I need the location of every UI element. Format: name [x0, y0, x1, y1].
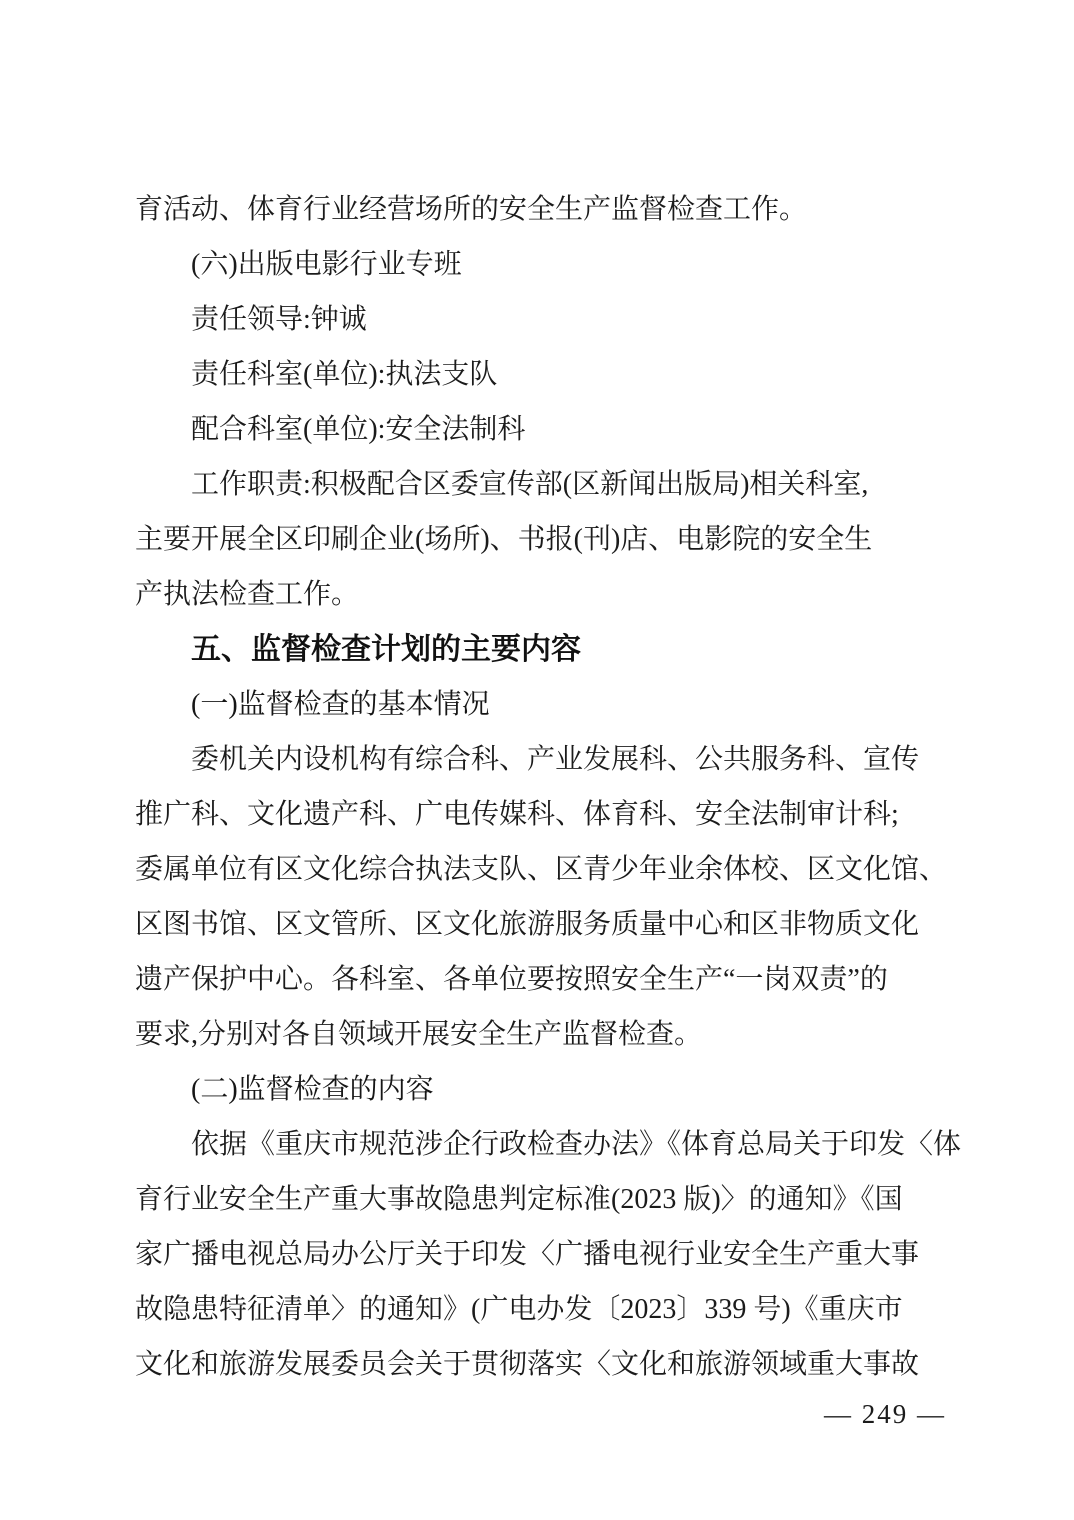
org-structure-line-3: 委属单位有区文化综合执法支队、区青少年业余体校、区文化馆、 [135, 842, 947, 897]
subsection-2-heading: (二)监督检查的内容 [135, 1062, 947, 1117]
subsection-1-heading: (一)监督检查的基本情况 [135, 677, 947, 732]
org-structure-line-4: 区图书馆、区文管所、区文化旅游服务质量中心和区非物质文化 [135, 897, 947, 952]
org-structure-line-1: 委机关内设机构有综合科、产业发展科、公共服务科、宣传 [135, 732, 947, 787]
duties-line-1: 工作职责:积极配合区委宣传部(区新闻出版局)相关科室, [135, 457, 947, 512]
duties-line-3: 产执法检查工作。 [135, 567, 947, 622]
org-structure-line-5: 遗产保护中心。各科室、各单位要按照安全生产“一岗双责”的 [135, 952, 947, 1007]
duties-line-2: 主要开展全区印刷企业(场所)、书报(刊)店、电影院的安全生 [135, 512, 947, 567]
cooperating-office-line: 配合科室(单位):安全法制科 [135, 402, 947, 457]
inspection-basis-line-4: 故隐患特征清单〉的通知》(广电办发〔2023〕339 号)《重庆市 [135, 1282, 947, 1337]
responsible-office-line: 责任科室(单位):执法支队 [135, 347, 947, 402]
org-structure-line-6: 要求,分别对各自领域开展安全生产监督检查。 [135, 1007, 947, 1062]
responsible-leader-line: 责任领导:钟诚 [135, 292, 947, 347]
text-block: 育活动、体育行业经营场所的安全生产监督检查工作。 (六)出版电影行业专班 责任领… [135, 182, 947, 1392]
document-page: 育活动、体育行业经营场所的安全生产监督检查工作。 (六)出版电影行业专班 责任领… [0, 0, 1074, 1520]
inspection-basis-line-2: 育行业安全生产重大事故隐患判定标准(2023 版)〉的通知》《国 [135, 1172, 947, 1227]
inspection-basis-line-1: 依据《重庆市规范涉企行政检查办法》《体育总局关于印发〈体 [135, 1117, 947, 1172]
section-5-heading: 五、监督检查计划的主要内容 [135, 622, 947, 677]
org-structure-line-2: 推广科、文化遗产科、广电传媒科、体育科、安全法制审计科; [135, 787, 947, 842]
body-line-continuation: 育活动、体育行业经营场所的安全生产监督检查工作。 [135, 182, 947, 237]
inspection-basis-line-3: 家广播电视总局办公厅关于印发〈广播电视行业安全生产重大事 [135, 1227, 947, 1282]
subsection-6-heading: (六)出版电影行业专班 [135, 237, 947, 292]
page-number: — 249 — [824, 1399, 946, 1430]
inspection-basis-line-5: 文化和旅游发展委员会关于贯彻落实〈文化和旅游领域重大事故 [135, 1337, 947, 1392]
